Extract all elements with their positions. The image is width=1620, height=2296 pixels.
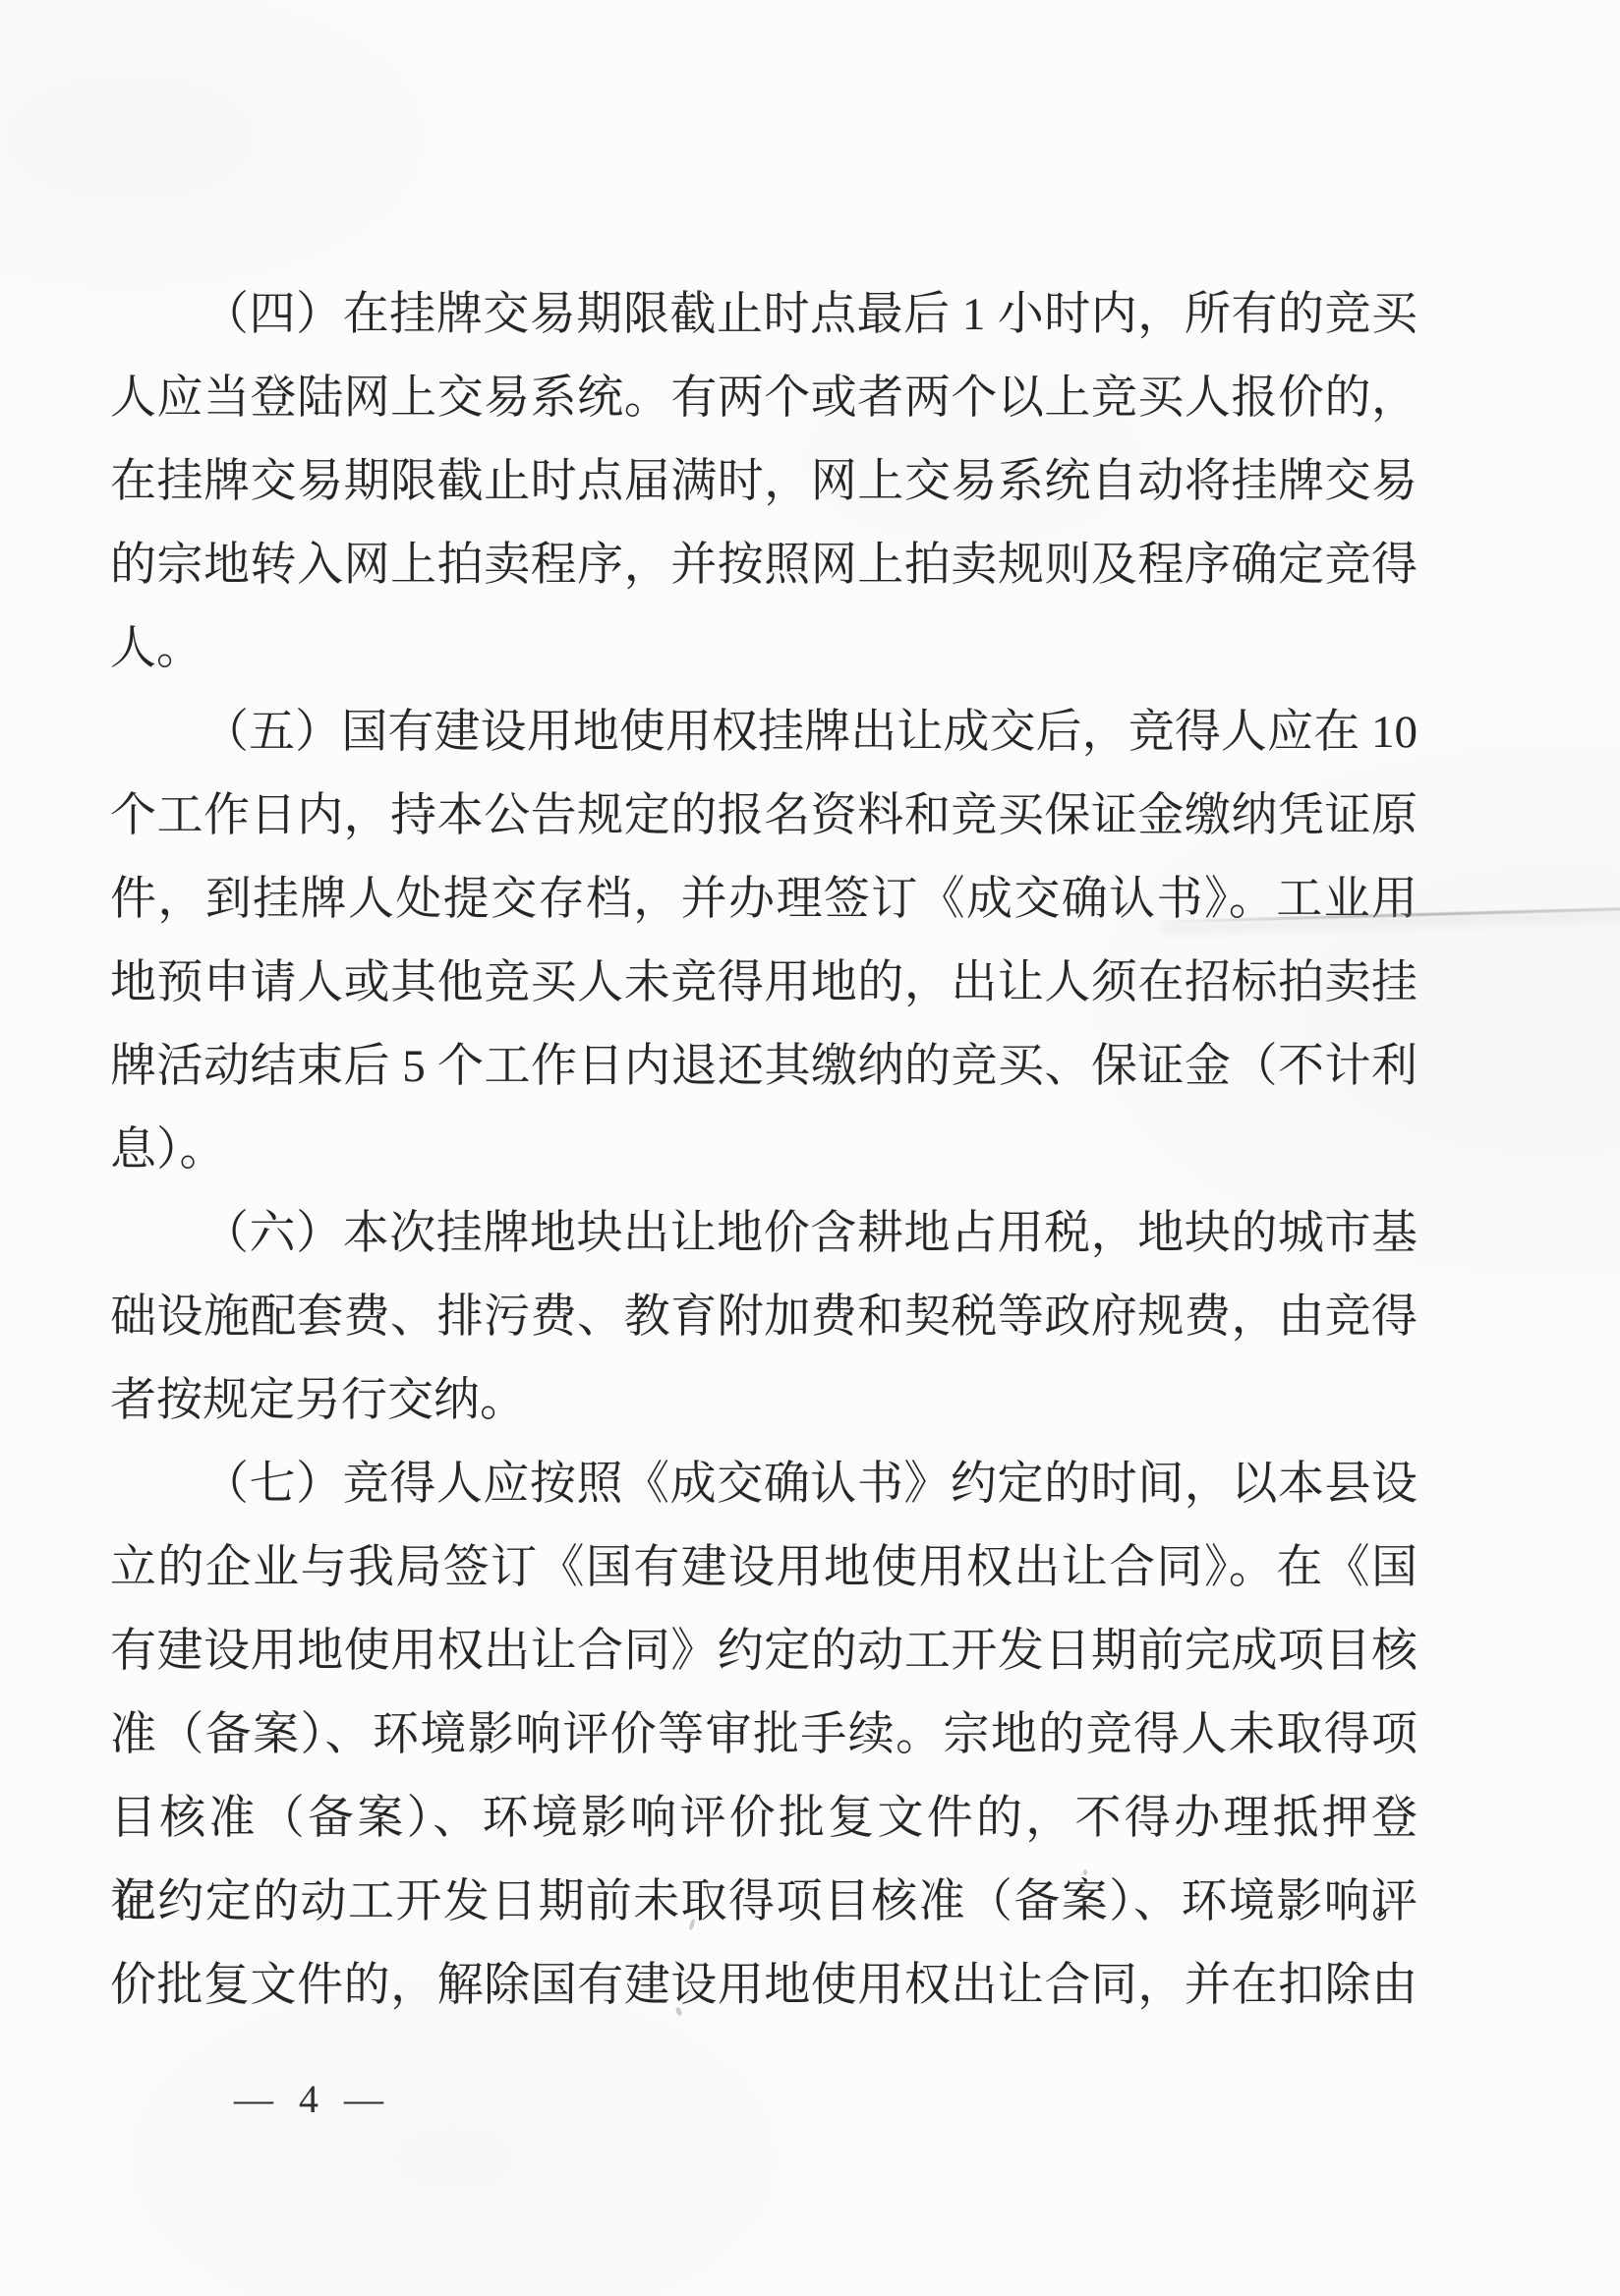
- document-line: （五）国有建设用地使用权挂牌出让成交后，竞得人应在 10: [110, 691, 1417, 775]
- document-line: 有建设用地使用权出让合同》约定的动工开发日期前完成项目核: [110, 1610, 1417, 1693]
- scan-speck-artifact: [1083, 1869, 1087, 1875]
- document-line: （四）在挂牌交易期限截止时点最后 1 小时内，所有的竞买: [110, 273, 1417, 357]
- paragraph-item-7: （七）竞得人应按照《成交确认书》约定的时间，以本县设 立的企业与我局签订《国有建…: [110, 1443, 1417, 2028]
- document-line: 在约定的动工开发日期前未取得项目核准（备案）、环境影响评: [110, 1861, 1417, 1944]
- document-line: 人应当登陆网上交易系统。有两个或者两个以上竞买人报价的，: [110, 357, 1417, 440]
- document-line: 牌活动结束后 5 个工作日内退还其缴纳的竞买、保证金（不计利: [110, 1025, 1417, 1109]
- document-line: 础设施配套费、排污费、教育附加费和契税等政府规费，由竞得: [110, 1276, 1417, 1359]
- document-page: { "document": { "page_number": "— 4 —", …: [0, 0, 1620, 2296]
- paragraph-item-4: （四）在挂牌交易期限截止时点最后 1 小时内，所有的竞买 人应当登陆网上交易系统…: [110, 273, 1417, 691]
- document-line: 者按规定另行交纳。: [110, 1359, 1417, 1443]
- document-line: 在挂牌交易期限截止时点届满时，网上交易系统自动将挂牌交易: [110, 440, 1417, 524]
- document-line: 人。: [110, 607, 1417, 691]
- document-line: 的宗地转入网上拍卖程序，并按照网上拍卖规则及程序确定竞得: [110, 524, 1417, 607]
- document-line: （六）本次挂牌地块出让地价含耕地占用税，地块的城市基: [110, 1192, 1417, 1276]
- paragraph-item-6: （六）本次挂牌地块出让地价含耕地占用税，地块的城市基 础设施配套费、排污费、教育…: [110, 1192, 1417, 1443]
- page-number: — 4 —: [234, 2076, 391, 2122]
- document-line: 立的企业与我局签订《国有建设用地使用权出让合同》。在《国: [110, 1526, 1417, 1610]
- document-line: 息）。: [110, 1109, 1417, 1192]
- document-line: （七）竞得人应按照《成交确认书》约定的时间，以本县设: [110, 1443, 1417, 1526]
- document-line: 目核准（备案）、环境影响评价批复文件的，不得办理抵押登记。: [110, 1777, 1417, 1861]
- paragraph-item-5: （五）国有建设用地使用权挂牌出让成交后，竞得人应在 10 个工作日内，持本公告规…: [110, 691, 1417, 1192]
- document-line: 准（备案）、环境影响评价等审批手续。宗地的竞得人未取得项: [110, 1693, 1417, 1777]
- document-line: 个工作日内，持本公告规定的报名资料和竞买保证金缴纳凭证原: [110, 775, 1417, 858]
- document-line: 地预申请人或其他竞买人未竞得用地的，出让人须在招标拍卖挂: [110, 942, 1417, 1025]
- document-line: 价批复文件的，解除国有建设用地使用权出让合同，并在扣除由: [110, 1944, 1417, 2028]
- document-text-block: （四）在挂牌交易期限截止时点最后 1 小时内，所有的竞买 人应当登陆网上交易系统…: [110, 273, 1417, 2028]
